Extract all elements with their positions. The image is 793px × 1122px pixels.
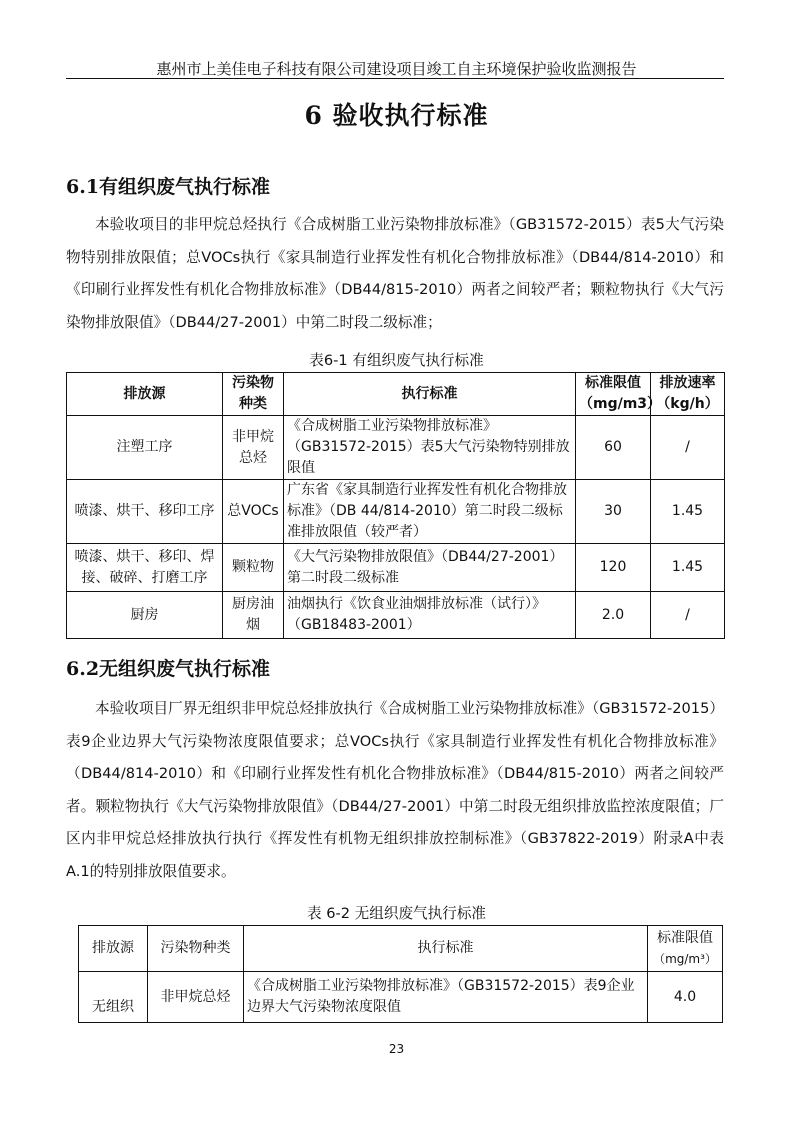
section-6-1-paragraph: 本验收项目的非甲烷总烃执行《合成树脂工业污染物排放标准》（GB31572-201… — [66, 209, 724, 339]
header-source: 排放源 — [67, 373, 223, 416]
cell-pollutant: 颗粒物 — [223, 544, 284, 592]
cell-source: 无组织 — [79, 972, 148, 1023]
table-header-row: 排放源 污染物种类 执行标准 标准限值（mg/m3） 排放速率（kg/h） — [67, 373, 725, 416]
cell-pollutant: 非甲烷总烃 — [148, 972, 244, 1023]
cell-limit: 4.0 — [648, 972, 723, 1023]
header-limit: 标准限值 （mg/m³） — [648, 926, 723, 972]
table-6-1-caption: 表6-1 有组织废气执行标准 — [0, 349, 793, 370]
cell-source: 厨房 — [67, 592, 223, 639]
cell-limit: 2.0 — [576, 592, 651, 639]
header-standard: 执行标准 — [244, 926, 648, 972]
section-6-2-paragraph: 本验收项目厂界无组织非甲烷总烃排放执行《合成树脂工业污染物排放标准》（GB315… — [66, 693, 724, 889]
cell-standard: 《大气污染物排放限值》（DB44/27-2001）第二时段二级标准 — [284, 544, 576, 592]
header-limit-label: 标准限值 — [651, 928, 719, 949]
header-standard: 执行标准 — [284, 373, 576, 416]
table-6-2-caption: 表 6-2 无组织废气执行标准 — [0, 902, 793, 923]
cell-source: 注塑工序 — [67, 416, 223, 480]
cell-source: 喷漆、烘干、移印、焊接、破碎、打磨工序 — [67, 544, 223, 592]
section-title-6-2: 6.2无组织废气执行标准 — [66, 654, 270, 681]
cell-limit: 30 — [576, 480, 651, 544]
cell-limit: 120 — [576, 544, 651, 592]
table-row: 注塑工序 非甲烷总烃 《合成树脂工业污染物排放标准》（GB31572-2015）… — [67, 416, 725, 480]
header-pollutant: 污染物种类 — [148, 926, 244, 972]
header-source: 排放源 — [79, 926, 148, 972]
cell-rate: / — [651, 592, 725, 639]
cell-rate: 1.45 — [651, 544, 725, 592]
cell-standard: 《合成树脂工业污染物排放标准》（GB31572-2015）表5大气污染物特别排放… — [284, 416, 576, 480]
table-row: 喷漆、烘干、移印工序 总VOCs 广东省《家具制造行业挥发性有机化合物排放标准》… — [67, 480, 725, 544]
header-rate: 排放速率（kg/h） — [651, 373, 725, 416]
table-row: 无组织 非甲烷总烃 《合成树脂工业污染物排放标准》（GB31572-2015）表… — [79, 972, 723, 1023]
cell-rate: 1.45 — [651, 480, 725, 544]
cell-limit: 60 — [576, 416, 651, 480]
cell-standard: 《合成树脂工业污染物排放标准》（GB31572-2015）表9企业边界大气污染物… — [244, 972, 648, 1023]
table-6-2: 排放源 污染物种类 执行标准 标准限值 （mg/m³） 无组织 非甲烷总烃 《合… — [78, 925, 723, 1023]
table-6-1: 排放源 污染物种类 执行标准 标准限值（mg/m3） 排放速率（kg/h） 注塑… — [66, 372, 725, 639]
cell-pollutant: 厨房油烟 — [223, 592, 284, 639]
cell-rate: / — [651, 416, 725, 480]
table-header-row: 排放源 污染物种类 执行标准 标准限值 （mg/m³） — [79, 926, 723, 972]
table-row: 厨房 厨房油烟 油烟执行《饮食业油烟排放标准（试行）》（GB18483-2001… — [67, 592, 725, 639]
cell-pollutant: 总VOCs — [223, 480, 284, 544]
section-title-6-1: 6.1有组织废气执行标准 — [66, 172, 270, 199]
header-limit: 标准限值（mg/m3） — [576, 373, 651, 416]
cell-standard: 油烟执行《饮食业油烟排放标准（试行）》（GB18483-2001） — [284, 592, 576, 639]
header-divider — [66, 78, 724, 79]
page-number: 23 — [0, 1042, 793, 1056]
running-header: 惠州市上美佳电子科技有限公司建设项目竣工自主环境保护验收监测报告 — [0, 58, 793, 79]
chapter-title: 6 验收执行标准 — [0, 96, 793, 132]
header-pollutant: 污染物种类 — [223, 373, 284, 416]
cell-pollutant: 非甲烷总烃 — [223, 416, 284, 480]
table-row: 喷漆、烘干、移印、焊接、破碎、打磨工序 颗粒物 《大气污染物排放限值》（DB44… — [67, 544, 725, 592]
cell-standard: 广东省《家具制造行业挥发性有机化合物排放标准》（DB 44/814-2010）第… — [284, 480, 576, 544]
header-limit-unit: （mg/m³） — [651, 949, 719, 970]
cell-source: 喷漆、烘干、移印工序 — [67, 480, 223, 544]
